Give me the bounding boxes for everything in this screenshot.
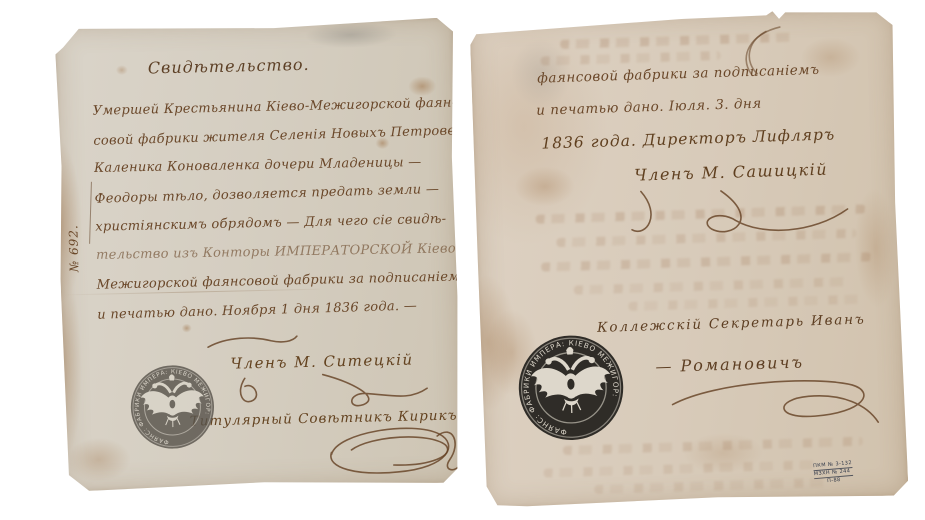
factory-seal-stamp: ФАЯНС: ФАБРИКИ ИМПЕРА: КІЕВО МЕЖИГОР:: [515, 332, 626, 443]
member-signature-line: Членъ М. Ситецкій: [230, 351, 414, 373]
inventory-annotation: ПКМ № 3-132 МЗХН № 244 П-88: [813, 460, 854, 486]
photo-canvas: Свидѣтельство. № 692. Умершей Крестьянин…: [0, 0, 925, 520]
secretary-title-line: Коллежскій Секретарь Иванъ: [597, 311, 866, 335]
age-stain: [514, 166, 575, 208]
ink-bleedthrough: [541, 51, 721, 66]
ink-flourish: [205, 333, 300, 351]
ink-flourish: [317, 413, 464, 480]
ink-flourish: [625, 181, 857, 244]
ink-flourish: [231, 370, 432, 413]
document-title: Свидѣтельство.: [129, 54, 329, 78]
age-stain: [66, 437, 131, 482]
age-stain: [116, 65, 128, 75]
ink-bleedthrough: [594, 478, 834, 495]
factory-seal-stamp: ФАЯНС: ФАБРИКИ ИМПЕРА: КІЕВО МЕЖИГОР:: [128, 363, 216, 451]
margin-number: № 692.: [66, 200, 82, 296]
age-stain: [305, 21, 398, 49]
ink-bleedthrough: [628, 294, 868, 311]
left-document-page: Свидѣтельство. № 692. Умершей Крестьянин…: [55, 18, 463, 492]
member-signature-line: Членъ М. Сашицкій: [634, 160, 828, 185]
margin-rule: [89, 182, 92, 244]
body-line: и печатью дано. Іюля. 3. дня: [536, 96, 762, 119]
right-document-page: фаянсовой фабрики за подписаніемъ и печа…: [469, 7, 908, 508]
age-stain: [408, 76, 436, 97]
ink-flourish: [666, 370, 883, 435]
body-line: 1836 года. Директоръ Лифляръ: [541, 125, 835, 152]
ink-bleedthrough: [574, 277, 854, 295]
ink-bleedthrough: [541, 252, 871, 271]
document-body: Умершей Крестьянина Кіево-Межигорской фа…: [93, 96, 454, 336]
ink-bleedthrough: [544, 460, 824, 478]
body-line: фаянсовой фабрики за подписаніемъ: [537, 62, 820, 87]
